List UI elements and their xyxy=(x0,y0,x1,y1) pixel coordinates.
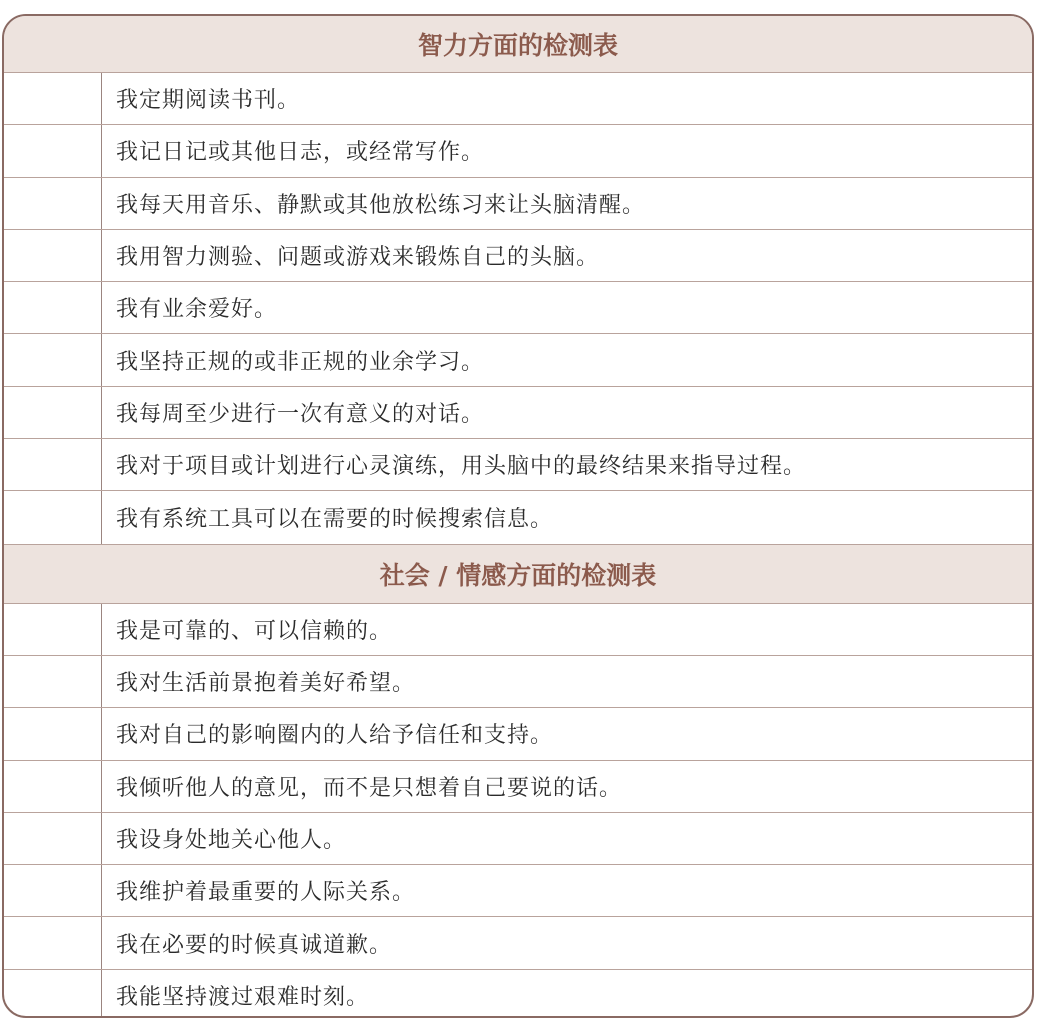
check-cell[interactable] xyxy=(4,282,102,333)
checklist-row: 我在必要的时候真诚道歉。 xyxy=(4,917,1032,969)
checklist-row: 我维护着最重要的人际关系。 xyxy=(4,865,1032,917)
check-cell[interactable] xyxy=(4,73,102,124)
check-cell[interactable] xyxy=(4,491,102,543)
checklist-row: 我每天用音乐、静默或其他放松练习来让头脑清醒。 xyxy=(4,178,1032,230)
check-cell[interactable] xyxy=(4,970,102,1018)
checklist-row: 我坚持正规的或非正规的业余学习。 xyxy=(4,334,1032,386)
item-text: 我每周至少进行一次有意义的对话。 xyxy=(102,387,484,438)
check-cell[interactable] xyxy=(4,334,102,385)
item-text: 我是可靠的、可以信赖的。 xyxy=(102,604,392,655)
checklist-row: 我定期阅读书刊。 xyxy=(4,73,1032,125)
item-text: 我记日记或其他日志，或经常写作。 xyxy=(102,125,484,176)
item-text: 我定期阅读书刊。 xyxy=(102,73,300,124)
item-text: 我有业余爱好。 xyxy=(102,282,277,333)
item-text: 我能坚持渡过艰难时刻。 xyxy=(102,970,369,1018)
item-text: 我每天用音乐、静默或其他放松练习来让头脑清醒。 xyxy=(102,178,645,229)
item-text: 我有系统工具可以在需要的时候搜索信息。 xyxy=(102,491,553,543)
item-text: 我对于项目或计划进行心灵演练，用头脑中的最终结果来指导过程。 xyxy=(102,439,806,490)
check-cell[interactable] xyxy=(4,178,102,229)
section-social-emotional: 我是可靠的、可以信赖的。 我对生活前景抱着美好希望。 我对自己的影响圈内的人给予… xyxy=(4,604,1032,1018)
check-cell[interactable] xyxy=(4,865,102,916)
check-cell[interactable] xyxy=(4,439,102,490)
item-text: 我设身处地关心他人。 xyxy=(102,813,346,864)
item-text: 我维护着最重要的人际关系。 xyxy=(102,865,415,916)
checklist-row: 我对于项目或计划进行心灵演练，用头脑中的最终结果来指导过程。 xyxy=(4,439,1032,491)
checklist-row: 我用智力测验、问题或游戏来锻炼自己的头脑。 xyxy=(4,230,1032,282)
check-cell[interactable] xyxy=(4,656,102,707)
item-text: 我倾听他人的意见，而不是只想着自己要说的话。 xyxy=(102,761,622,812)
checklist-row: 我是可靠的、可以信赖的。 xyxy=(4,604,1032,656)
check-cell[interactable] xyxy=(4,761,102,812)
section-title-social-emotional: 社会 / 情感方面的检测表 xyxy=(4,544,1032,604)
checklist-row: 我设身处地关心他人。 xyxy=(4,813,1032,865)
checklist-row: 我有业余爱好。 xyxy=(4,282,1032,334)
item-text: 我在必要的时候真诚道歉。 xyxy=(102,917,392,968)
item-text: 我对自己的影响圈内的人给予信任和支持。 xyxy=(102,708,553,759)
checklist-row: 我能坚持渡过艰难时刻。 xyxy=(4,970,1032,1018)
check-cell[interactable] xyxy=(4,917,102,968)
section-intellectual: 我定期阅读书刊。 我记日记或其他日志，或经常写作。 我每天用音乐、静默或其他放松… xyxy=(4,73,1032,544)
check-cell[interactable] xyxy=(4,230,102,281)
check-cell[interactable] xyxy=(4,604,102,655)
item-text: 我坚持正规的或非正规的业余学习。 xyxy=(102,334,484,385)
checklist-row: 我有系统工具可以在需要的时候搜索信息。 xyxy=(4,491,1032,543)
checklist-row: 我记日记或其他日志，或经常写作。 xyxy=(4,125,1032,177)
check-cell[interactable] xyxy=(4,813,102,864)
checklist-row: 我对自己的影响圈内的人给予信任和支持。 xyxy=(4,708,1032,760)
check-cell[interactable] xyxy=(4,708,102,759)
checklist-row: 我倾听他人的意见，而不是只想着自己要说的话。 xyxy=(4,761,1032,813)
checklist-table: 智力方面的检测表 我定期阅读书刊。 我记日记或其他日志，或经常写作。 我每天用音… xyxy=(2,14,1034,1018)
checklist-row: 我对生活前景抱着美好希望。 xyxy=(4,656,1032,708)
check-cell[interactable] xyxy=(4,387,102,438)
item-text: 我对生活前景抱着美好希望。 xyxy=(102,656,415,707)
item-text: 我用智力测验、问题或游戏来锻炼自己的头脑。 xyxy=(102,230,599,281)
check-cell[interactable] xyxy=(4,125,102,176)
section-title-intellectual: 智力方面的检测表 xyxy=(4,16,1032,73)
checklist-row: 我每周至少进行一次有意义的对话。 xyxy=(4,387,1032,439)
